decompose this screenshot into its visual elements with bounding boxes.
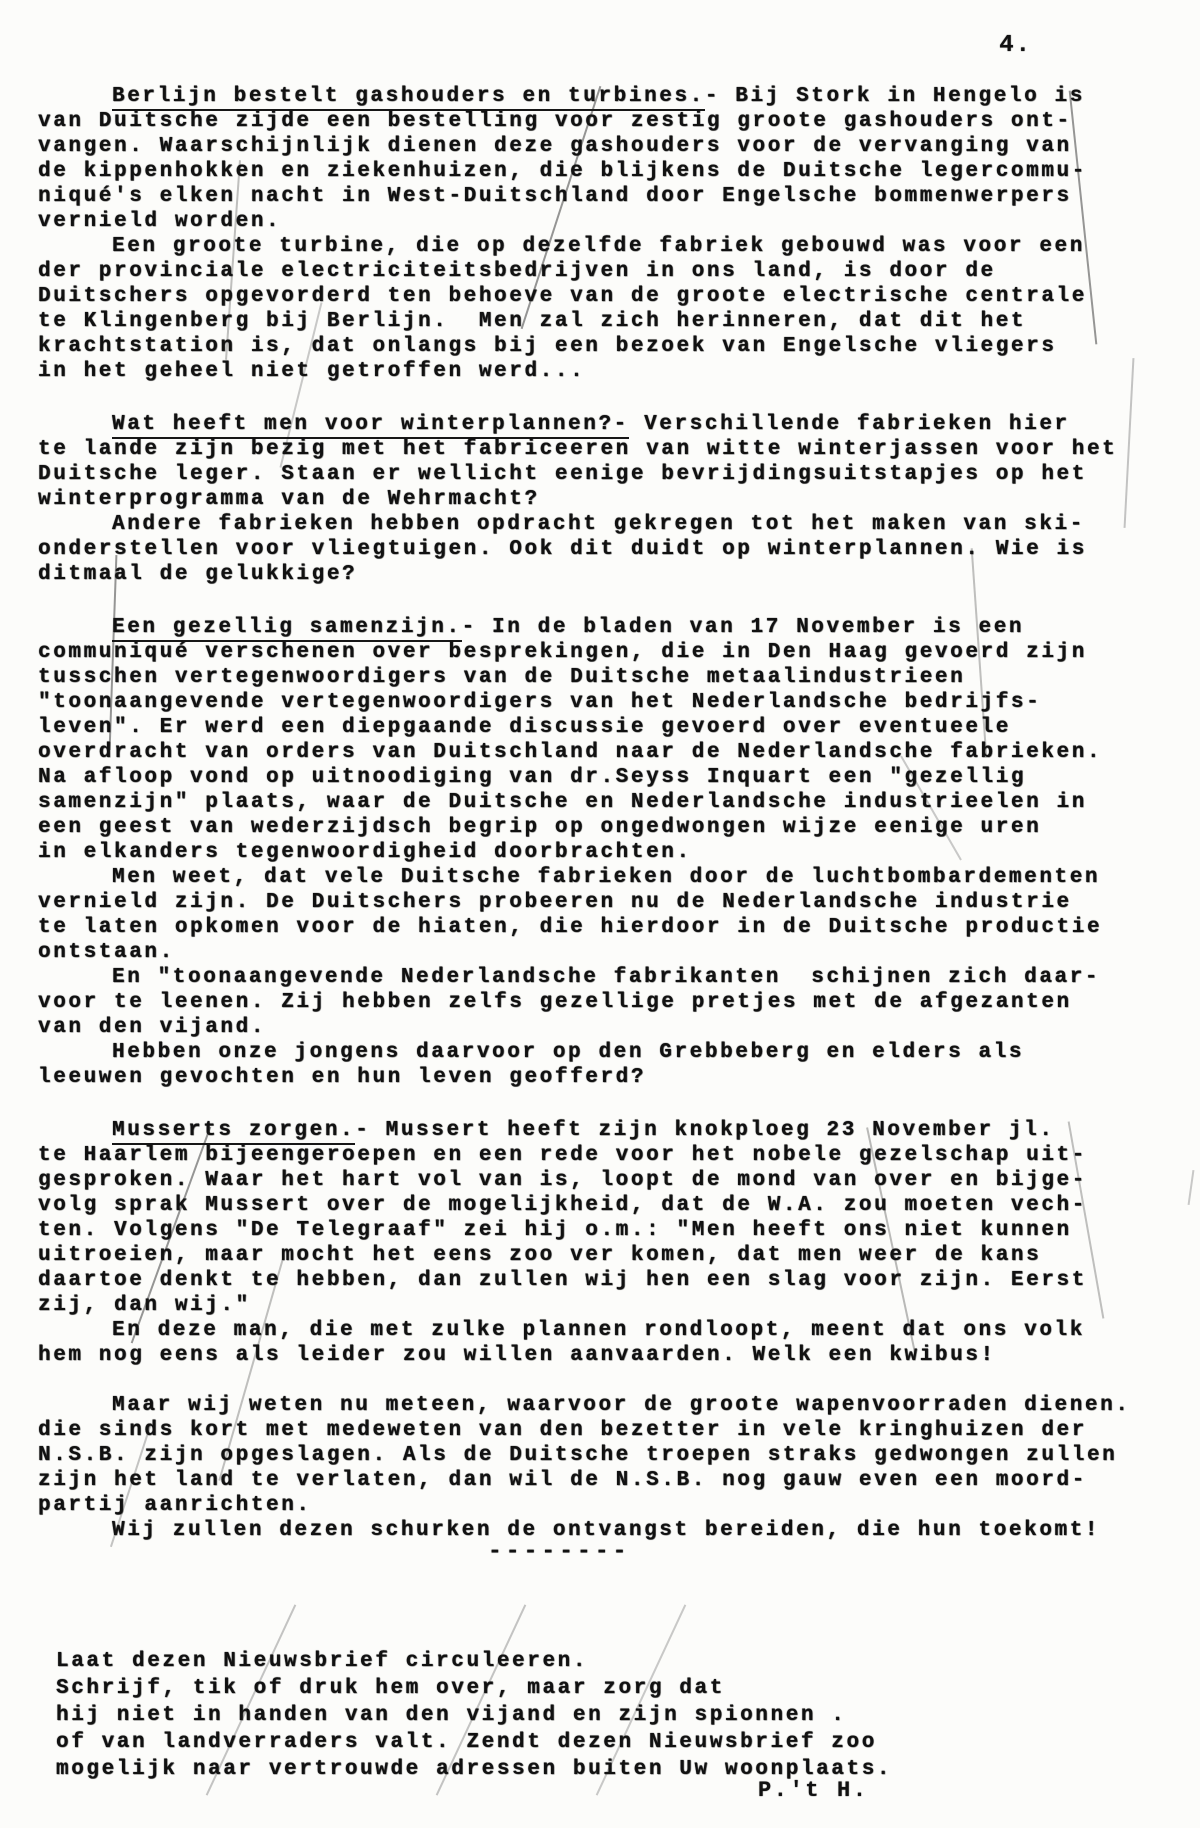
section-divider: --------	[488, 1538, 630, 1564]
text-line: En deze man, die met zulke plannen rondl…	[38, 1318, 1170, 1343]
text-line: in elkanders tegenwoordigheid doorbracht…	[38, 840, 1170, 865]
paragraph: Musserts zorgen.- Mussert heeft zijn kno…	[38, 1118, 1170, 1318]
text-line: ontstaan.	[38, 940, 1170, 965]
text-line: Duitsche leger. Staan er wellicht eenige…	[38, 462, 1170, 487]
paragraph: Men weet, dat vele Duitsche fabrieken do…	[38, 865, 1170, 965]
footer-line: hij niet in handen van den vijand en zij…	[56, 1702, 892, 1729]
paragraph: Een groote turbine, die op dezelfde fabr…	[38, 234, 1170, 384]
text-line: hem nog eens als leider zou willen aanva…	[38, 1343, 1170, 1368]
paragraph: Een gezellig samenzijn.- In de bladen va…	[38, 615, 1170, 865]
text-line: een geest van wederzijdsch begrip op ong…	[38, 815, 1170, 840]
text-line: Duitschers opgevorderd ten behoeve van d…	[38, 284, 1170, 309]
paragraph: Berlijn bestelt gashouders en turbines.-…	[38, 84, 1170, 234]
text-line: vernield worden.	[38, 209, 1170, 234]
section-heading: Berlijn bestelt gashouders en turbines.	[112, 85, 705, 111]
text-line: gesproken. Waar het hart vol van is, loo…	[38, 1168, 1170, 1193]
text-line: uitroeien, maar mocht het eens zoo ver k…	[38, 1243, 1170, 1268]
text-line: Een gezellig samenzijn.- In de bladen va…	[38, 615, 1170, 640]
text-line: partij aanrichten.	[38, 1493, 1170, 1518]
text-line: vangen. Waarschijnlijk dienen deze gasho…	[38, 134, 1170, 159]
text-line: "toonaangevende vertegenwoordigers van h…	[38, 690, 1170, 715]
text-line: der provinciale electriciteitsbedrijven …	[38, 259, 1170, 284]
text-line: van Duitsche zijde een bestelling voor z…	[38, 109, 1170, 134]
text-line: leven". Er werd een diepgaande discussie…	[38, 715, 1170, 740]
text-line: die sinds kort met medeweten van den bez…	[38, 1418, 1170, 1443]
text-line: N.S.B. zijn opgeslagen. Als de Duitsche …	[38, 1443, 1170, 1468]
document-page: 4. Berlijn bestelt gashouders en turbine…	[0, 0, 1200, 1828]
text-line: ditmaal de gelukkige?	[38, 562, 1170, 587]
text-line: zijn het land te verlaten, dan wil de N.…	[38, 1468, 1170, 1493]
footer-line: Schrijf, tik of druk hem over, maar zorg…	[56, 1675, 892, 1702]
text-line: krachtstation is, dat onlangs bij een be…	[38, 334, 1170, 359]
text-line: Wat heeft men voor winterplannen?- Versc…	[38, 412, 1170, 437]
text-line: onderstellen voor vliegtuigen. Ook dit d…	[38, 537, 1170, 562]
text-line: te Haarlem bijeengeroepen en een rede vo…	[38, 1143, 1170, 1168]
text-line: Een groote turbine, die op dezelfde fabr…	[38, 234, 1170, 259]
paragraph: Hebben onze jongens daarvoor op den Greb…	[38, 1040, 1170, 1090]
text-line: daartoe denkt te hebben, dan zullen wij …	[38, 1268, 1170, 1293]
text-line: vernield zijn. De Duitschers probeeren n…	[38, 890, 1170, 915]
paragraph: En deze man, die met zulke plannen rondl…	[38, 1318, 1170, 1393]
document-body: Berlijn bestelt gashouders en turbines.-…	[38, 84, 1170, 1543]
section-heading: Een gezellig samenzijn.	[112, 616, 462, 642]
section: Een gezellig samenzijn.- In de bladen va…	[38, 615, 1170, 1090]
page-number: 4.	[999, 32, 1032, 59]
text-line: tusschen vertegenwoordigers van de Duits…	[38, 665, 1170, 690]
text-line: overdracht van orders van Duitschland na…	[38, 740, 1170, 765]
text-line: samenzijn" plaats, waar de Duitsche en N…	[38, 790, 1170, 815]
section: Wat heeft men voor winterplannen?- Versc…	[38, 412, 1170, 587]
text-line	[38, 1368, 1170, 1393]
text-line: de kippenhokken en ziekenhuizen, die bli…	[38, 159, 1170, 184]
text-line: Men weet, dat vele Duitsche fabrieken do…	[38, 865, 1170, 890]
text-line: communiqué verschenen over besprekingen,…	[38, 640, 1170, 665]
text-line: Hebben onze jongens daarvoor op den Greb…	[38, 1040, 1170, 1065]
text-line: En "toonaangevende Nederlandsche fabrika…	[38, 965, 1170, 990]
text-line: zij, dan wij."	[38, 1293, 1170, 1318]
text-line: winterprogramma van de Wehrmacht?	[38, 487, 1170, 512]
text-line: Musserts zorgen.- Mussert heeft zijn kno…	[38, 1118, 1170, 1143]
section: Berlijn bestelt gashouders en turbines.-…	[38, 84, 1170, 384]
text-line: Maar wij weten nu meteen, waarvoor de gr…	[38, 1393, 1170, 1418]
text-line: ten. Volgens "De Telegraaf" zei hij o.m.…	[38, 1218, 1170, 1243]
paragraph: Maar wij weten nu meteen, waarvoor de gr…	[38, 1393, 1170, 1518]
footer-note: Laat dezen Nieuwsbrief circuleeren.Schri…	[56, 1648, 892, 1783]
text-line: te Klingenberg bij Berlijn. Men zal zich…	[38, 309, 1170, 334]
paragraph: Wat heeft men voor winterplannen?- Versc…	[38, 412, 1170, 512]
text-line: Na afloop vond op uitnoodiging van dr.Se…	[38, 765, 1170, 790]
section: Musserts zorgen.- Mussert heeft zijn kno…	[38, 1118, 1170, 1543]
text-line: van den vijand.	[38, 1015, 1170, 1040]
text-line: volg sprak Mussert over de mogelijkheid,…	[38, 1193, 1170, 1218]
paragraph: Andere fabrieken hebben opdracht gekrege…	[38, 512, 1170, 587]
footer-line: of van landverraders valt. Zendt dezen N…	[56, 1729, 892, 1756]
signature: P.'t H.	[758, 1778, 869, 1803]
section-heading: Musserts zorgen.	[112, 1119, 355, 1145]
text-line: Berlijn bestelt gashouders en turbines.-…	[38, 84, 1170, 109]
text-line: niqué's elken nacht in West-Duitschland …	[38, 184, 1170, 209]
footer-line: Laat dezen Nieuwsbrief circuleeren.	[56, 1648, 892, 1675]
text-line: leeuwen gevochten en hun leven geofferd?	[38, 1065, 1170, 1090]
paragraph: En "toonaangevende Nederlandsche fabrika…	[38, 965, 1170, 1040]
scan-mark	[1188, 1170, 1195, 1205]
section-heading: Wat heeft men voor winterplannen?-	[112, 413, 629, 439]
text-line: Andere fabrieken hebben opdracht gekrege…	[38, 512, 1170, 537]
text-line: in het geheel niet getroffen werd...	[38, 359, 1170, 384]
text-line: voor te leenen. Zij hebben zelfs gezelli…	[38, 990, 1170, 1015]
text-line: te lande zijn bezig met het fabriceeren …	[38, 437, 1170, 462]
text-line: te laten opkomen voor de hiaten, die hie…	[38, 915, 1170, 940]
